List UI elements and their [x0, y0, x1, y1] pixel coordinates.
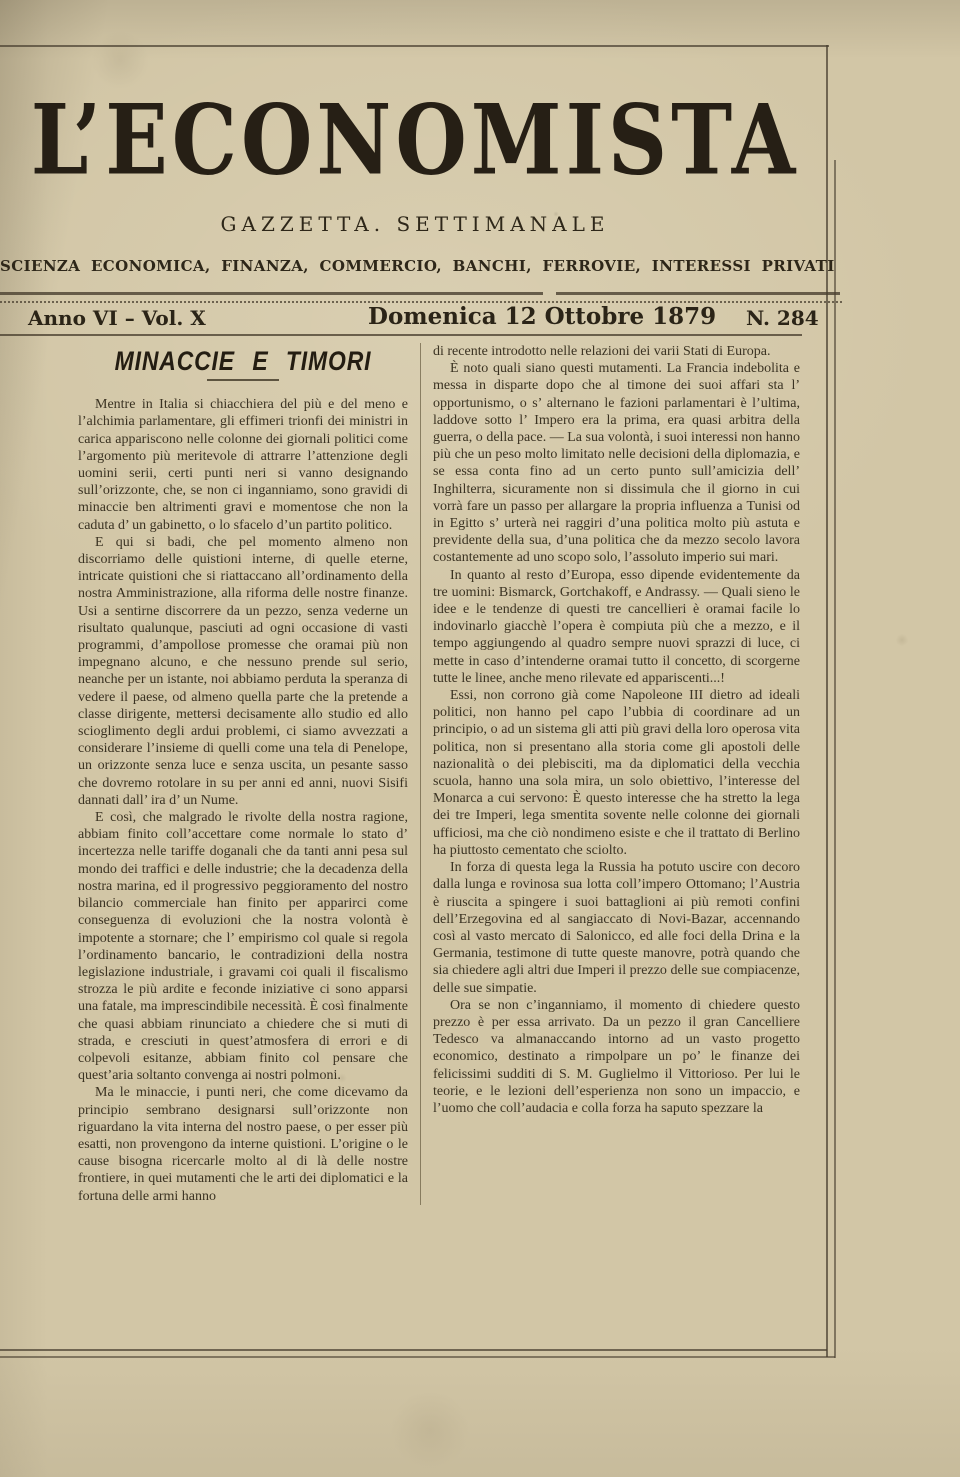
page-frame-top-rule — [0, 45, 829, 47]
issue-number-label: N. 284 — [746, 306, 819, 330]
masthead-subtitle: GAZZETTA. SETTIMANALE — [0, 212, 830, 236]
left-column: MINACCIE E TIMORI Mentre in Italia si ch… — [78, 343, 408, 1205]
article-paragraph: Ora se non c’inganniamo, il momento di c… — [433, 997, 800, 1117]
page-frame-right-rule-outer — [834, 160, 836, 1358]
article-paragraph: In quanto al resto d’Europa, esso dipend… — [433, 567, 800, 687]
issue-line-bottom-rule — [0, 334, 802, 336]
article-paragraph: In forza di questa lega la Russia ha pot… — [433, 859, 800, 997]
article-paragraph: Ma le minaccie, i punti neri, che come d… — [78, 1084, 408, 1204]
article-paragraph: È noto quali siano questi mutamenti. La … — [433, 360, 800, 566]
masthead-title: L’ECONOMISTA — [0, 84, 830, 197]
masthead-thick-rule-left — [0, 292, 543, 295]
article-paragraph: Essi, non corrono già come Napoleone III… — [433, 687, 800, 859]
page-frame-bottom-rule-outer — [0, 1356, 835, 1358]
issue-volume-label: Anno VI – Vol. X — [28, 306, 206, 330]
article-paragraph: E qui si badi, che pel momento almeno no… — [78, 534, 408, 809]
newspaper-scan-page: { "masthead": { "title": "L’ECONOMISTA",… — [0, 0, 960, 1477]
masthead-tagline: SCIENZA ECONOMICA, FINANZA, COMMERCIO, B… — [0, 257, 830, 275]
masthead-thick-rule-right — [556, 292, 840, 295]
column-divider-rule — [420, 343, 421, 1205]
article-title-rule — [207, 379, 279, 381]
right-column: di recente introdotto nelle relazioni de… — [433, 343, 800, 1205]
page-frame-right-rule-inner — [826, 45, 828, 1357]
page-frame-bottom-rule-inner — [0, 1349, 827, 1351]
article-paragraph: E così, che malgrado le rivolte della no… — [78, 809, 408, 1084]
issue-date-label: Domenica 12 Ottobre 1879 — [368, 303, 716, 330]
article-title: MINACCIE E TIMORI — [78, 353, 408, 370]
article-paragraph: Mentre in Italia si chiacchiera del più … — [78, 396, 408, 534]
article-paragraph: di recente introdotto nelle relazioni de… — [433, 343, 800, 360]
article-body: MINACCIE E TIMORI Mentre in Italia si ch… — [78, 343, 800, 1205]
